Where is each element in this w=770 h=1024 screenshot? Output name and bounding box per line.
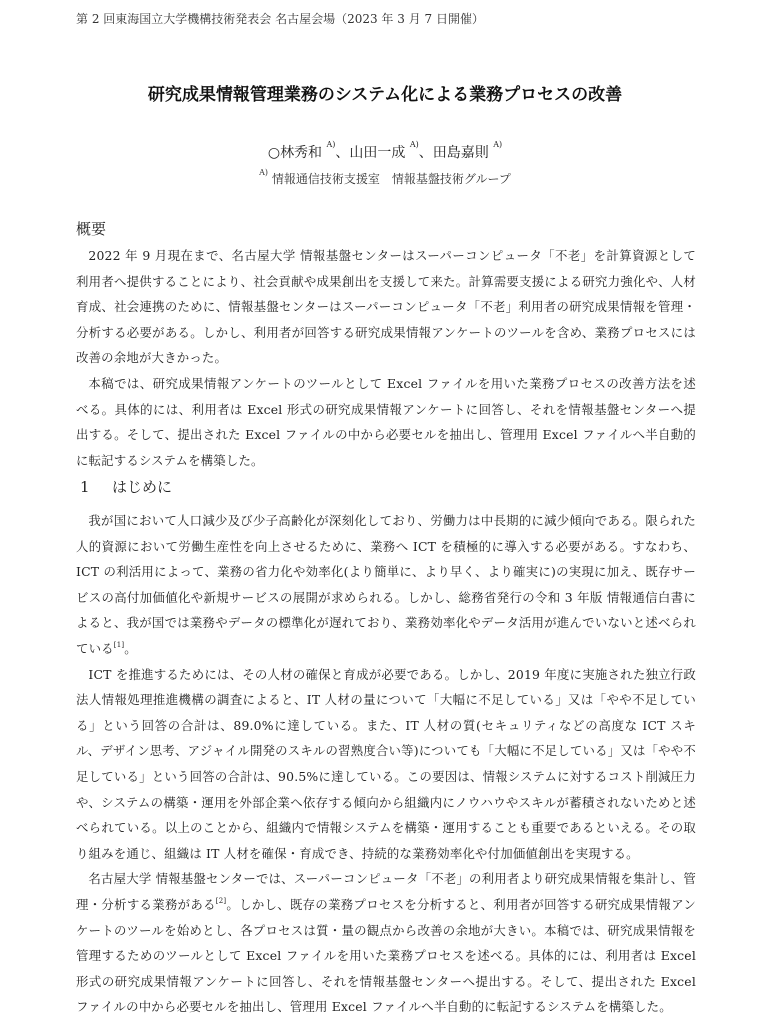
conference-header: 第 2 回東海国立大学機構技術発表会 名古屋会場（2023 年 3 月 7 日開… — [76, 10, 484, 27]
author-name: 田島嘉則 — [433, 145, 489, 161]
paragraph-text: ICT を推進するためには、その人材の確保と育成が必要である。しかし、2019 … — [76, 667, 696, 861]
paragraph-text: 我が国において人口減少及び少子高齢化が深刻化しており、労働力は中長期的に減少傾向… — [76, 513, 696, 656]
intro-paragraph: ICT を推進するためには、その人材の確保と育成が必要である。しかし、2019 … — [76, 662, 696, 867]
author-separator: 、 — [335, 145, 349, 161]
paragraph-tail: 。しかし、既存の業務プロセスを分析すると、利用者が回答する研究成果情報アンケート… — [76, 897, 696, 1014]
abstract-heading: 概要 — [76, 218, 106, 239]
author-name: 林秀和 — [280, 145, 322, 161]
intro-paragraph: 我が国において人口減少及び少子高齢化が深刻化しており、労働力は中長期的に減少傾向… — [76, 508, 696, 662]
affiliation: A) 情報通信技術支援室 情報基盤技術グループ — [0, 170, 770, 187]
abstract-paragraph: 本稿では、研究成果情報アンケートのツールとして Excel ファイルを用いた業務… — [76, 371, 696, 473]
section-number: 1 — [76, 478, 112, 496]
citation[interactable]: [1] — [114, 641, 125, 649]
section-title: はじめに — [112, 478, 172, 496]
author-name: 山田一成 — [349, 145, 405, 161]
abstract-paragraph: 2022 年 9 月現在まで、名古屋大学 情報基盤センターはスーパーコンピュータ… — [76, 243, 696, 371]
affiliation-mark: A) — [493, 140, 502, 149]
author-list: ○林秀和 A)、山田一成 A)、田島嘉則 A) — [0, 142, 770, 162]
affiliation-mark: A) — [410, 140, 419, 149]
abstract-body: 2022 年 9 月現在まで、名古屋大学 情報基盤センターはスーパーコンピュータ… — [76, 243, 696, 473]
affiliation-text: 情報通信技術支援室 情報基盤技術グループ — [272, 172, 511, 186]
paragraph-tail: 。 — [124, 641, 137, 656]
section-heading: 1はじめに — [76, 476, 172, 497]
author-separator: 、 — [419, 145, 433, 161]
paper-title: 研究成果情報管理業務のシステム化による業務プロセスの改善 — [0, 80, 770, 105]
presenter-mark: ○ — [268, 145, 280, 161]
affiliation-mark: A) — [259, 168, 268, 177]
introduction-body: 我が国において人口減少及び少子高齢化が深刻化しており、労働力は中長期的に減少傾向… — [76, 508, 696, 1020]
affiliation-mark: A) — [327, 140, 336, 149]
intro-paragraph: 名古屋大学 情報基盤センターでは、スーパーコンピュータ「不老」の利用者より研究成… — [76, 866, 696, 1020]
citation[interactable]: [2] — [216, 897, 227, 905]
